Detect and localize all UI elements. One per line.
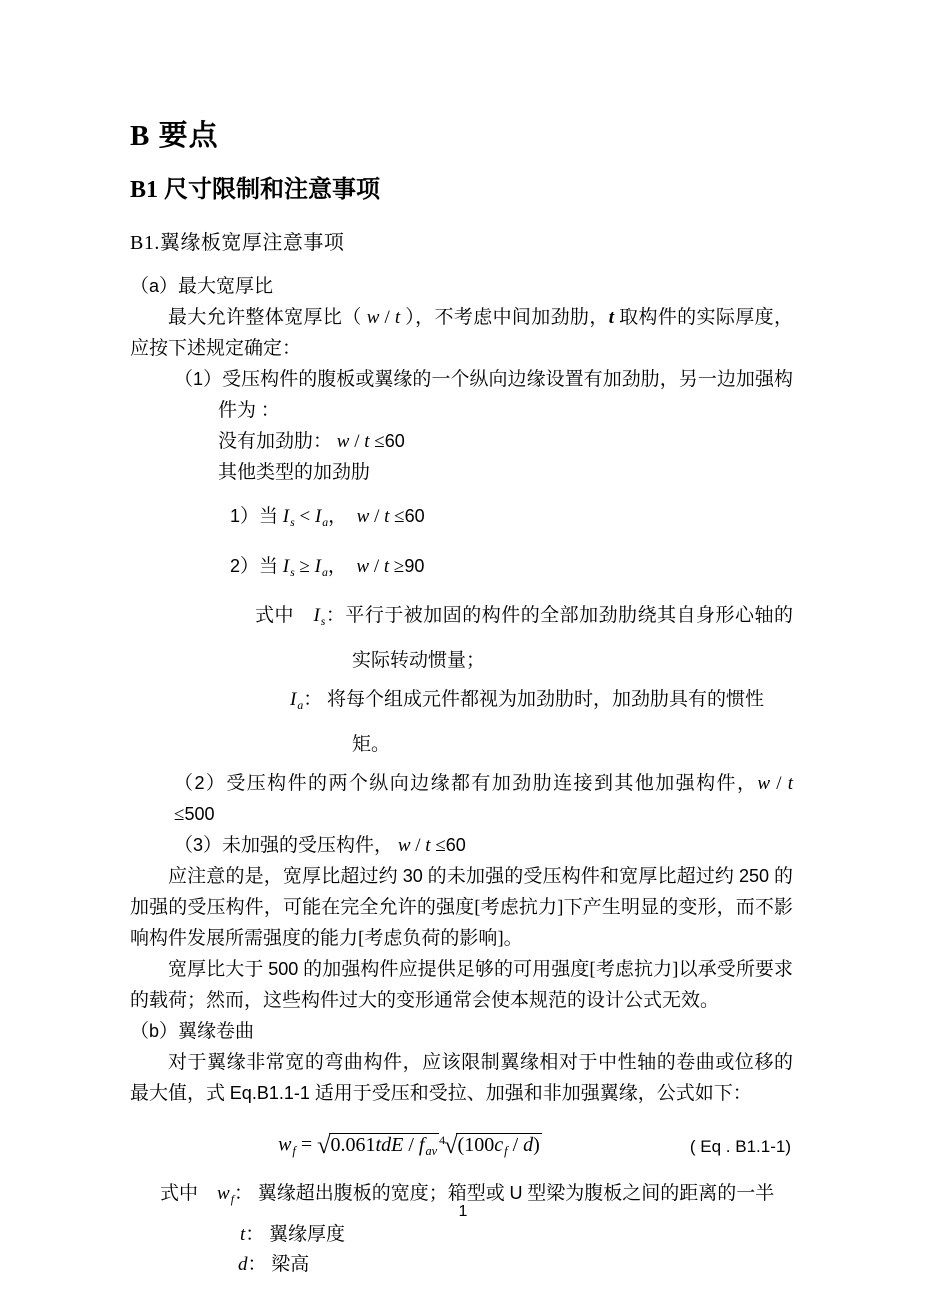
- where-d-definition: d： 梁高: [238, 1250, 793, 1280]
- document-page: B 要点 B1 尺寸限制和注意事项 B1.翼缘板宽厚注意事项 （a）最大宽厚比 …: [0, 0, 926, 1280]
- para-flange-curling: 对于翼缘非常宽的弯曲构件，应该限制翼缘相对于中性轴的卷曲或位移的最大值，式 Eq…: [130, 1047, 793, 1109]
- line-no-stiffener: 没有加劲肋： w / t ≤60: [218, 426, 793, 457]
- where-t-definition: t： 翼缘厚度: [240, 1220, 793, 1250]
- line-other-stiffener: 其他类型的加劲肋: [218, 457, 793, 488]
- heading-subsection: B1.翼缘板宽厚注意事项: [130, 229, 793, 257]
- item-a-heading: （a）最大宽厚比: [130, 271, 793, 302]
- where-is-definition: 式中 Is：平行于被加固的构件的全部加劲肋绕其自身形心轴的实际转动惯量；: [130, 596, 793, 680]
- where-ia-definition: Ia： 将每个组成元件都视为加劲肋时，加劲肋具有的惯性矩。: [130, 680, 793, 764]
- heading-chapter: B 要点: [130, 116, 793, 156]
- item-1: （1）受压构件的腹板或翼缘的一个纵向边缘设置有加劲肋，另一边加强构件为 ：: [130, 364, 793, 426]
- condition-2: 2）当 Is ≥ Ia， w / t ≥90: [230, 551, 793, 588]
- formula-block: wf = √0.061tdE / fav4√(100cf / d) ( Eq .…: [130, 1125, 793, 1167]
- para-deformation-note: 应注意的是，宽厚比超过约 30 的未加强的受压构件和宽厚比超过约 250 的加强…: [130, 861, 793, 954]
- item-b-heading: （b）翼缘卷曲: [130, 1016, 793, 1047]
- formula-label: ( Eq . B1.1-1): [690, 1131, 793, 1162]
- item-2: （2）受压构件的两个纵向边缘都有加劲肋连接到其他加强构件，w / t ≤500: [174, 768, 793, 830]
- formula-eq-b111: wf = √0.061tdE / fav4√(100cf / d): [130, 1125, 690, 1167]
- condition-1: 1）当 Is < Ia， w / t ≤60: [230, 501, 793, 538]
- para-load-note: 宽厚比大于 500 的加强构件应提供足够的可用强度[考虑抗力]以承受所要求的载荷…: [130, 954, 793, 1016]
- heading-section: B1 尺寸限制和注意事项: [130, 174, 793, 207]
- page-number: 1: [0, 1203, 926, 1221]
- para-intro: 最大允许整体宽厚比（ w / t ），不考虑中间加劲肋，t 取构件的实际厚度，应…: [130, 302, 793, 364]
- item-3: （3）未加强的受压构件， w / t ≤60: [174, 830, 793, 861]
